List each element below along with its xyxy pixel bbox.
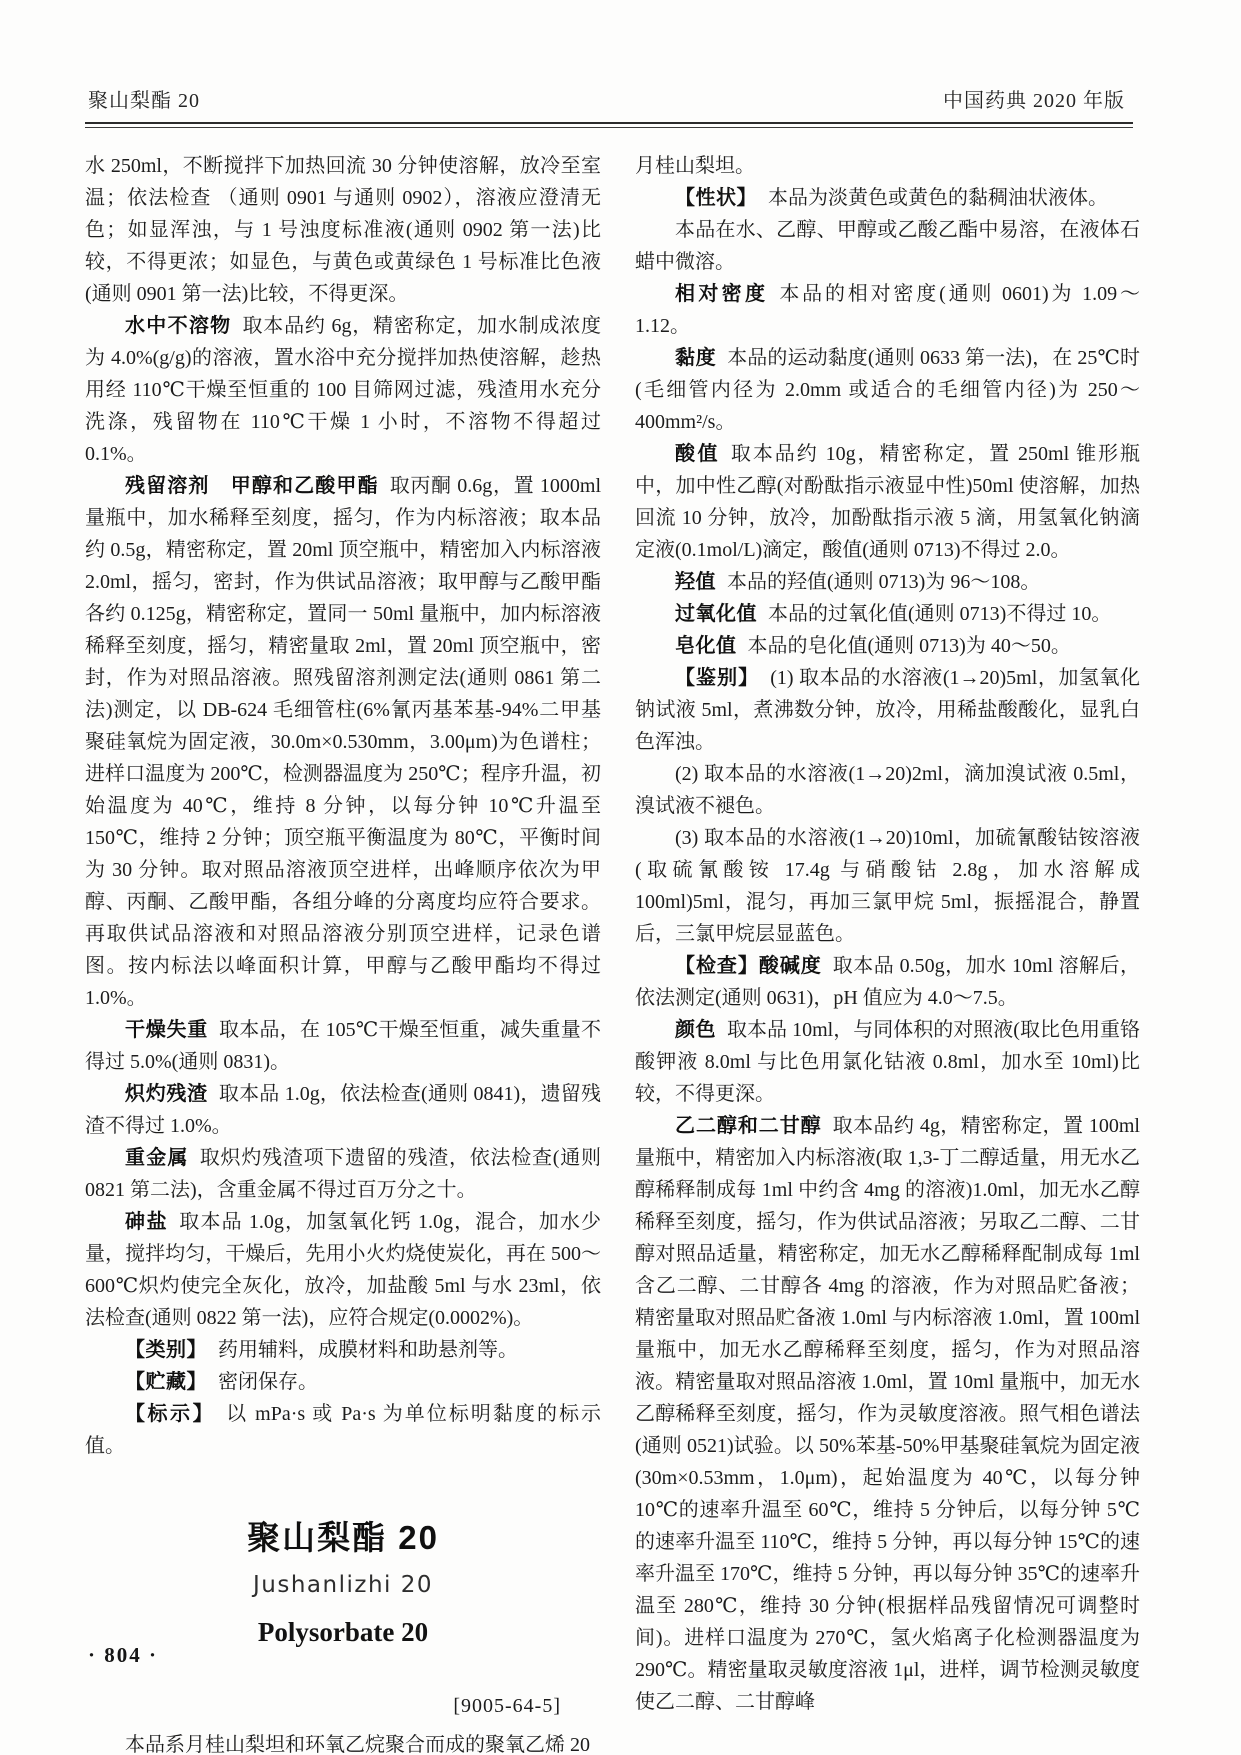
paragraph: 羟值本品的羟值(通则 0713)为 96～108。: [635, 566, 1140, 598]
paragraph-text: 药用辅料，成膜材料和助悬剂等。: [218, 1339, 518, 1361]
paragraph-text: (3) 取本品的水溶液(1→20)10ml，加硫氰酸钴铵溶液(取硫氰酸铵 17.…: [635, 827, 1140, 945]
paragraph: 重金属取炽灼残渣项下遗留的残渣，依法检查(通则 0821 第二法)，含重金属不得…: [85, 1142, 601, 1206]
section-term: 水中不溶物: [125, 315, 231, 337]
section-term: 【标示】: [125, 1403, 215, 1425]
pharmacopoeia-page: 聚山梨酯 20 中国药典 2020 年版 水 250ml，不断搅拌下加热回流 3…: [0, 0, 1241, 1755]
section-term: 【鉴别】: [675, 667, 759, 689]
paragraph: 【鉴别】(1) 取本品的水溶液(1→20)5ml，加氢氧化钠试液 5ml，煮沸数…: [635, 662, 1140, 758]
paragraph-text: 水 250ml，不断搅拌下加热回流 30 分钟使溶解，放冷至室温；依法检查 （通…: [85, 155, 601, 305]
monograph-title-cn: 聚山梨酯 20: [85, 1520, 601, 1556]
section-term: 皂化值: [675, 635, 737, 657]
section-term: 相对密度: [675, 283, 768, 305]
paragraph: 酸值取本品约 10g，精密称定，置 250ml 锥形瓶中，加中性乙醇(对酚酞指示…: [635, 438, 1140, 566]
monograph-title-en: Polysorbate 20: [85, 1616, 601, 1648]
section-term: 【类别】: [125, 1339, 207, 1361]
section-term: 炽灼残渣: [125, 1083, 208, 1105]
section-term: 干燥失重: [125, 1019, 208, 1041]
paragraph-text: 本品在水、乙醇、甲醇或乙酸乙酯中易溶，在液体石蜡中微溶。: [635, 219, 1140, 273]
paragraph-text: 密闭保存。: [218, 1371, 318, 1393]
paragraph-text: (2) 取本品的水溶液(1→20)2ml，滴加溴试液 0.5ml，溴试液不褪色。: [635, 763, 1140, 817]
section-term: 颜色: [675, 1019, 716, 1041]
section-term: 羟值: [675, 571, 716, 593]
paragraph: 炽灼残渣取本品 1.0g，依法检查(通则 0841)，遗留残渣不得过 1.0%。: [85, 1078, 601, 1142]
monograph-intro: 本品系月桂山梨坦和环氧乙烷聚合而成的聚氧乙烯 20: [85, 1729, 601, 1755]
paragraph: (2) 取本品的水溶液(1→20)2ml，滴加溴试液 0.5ml，溴试液不褪色。: [635, 758, 1140, 822]
section-term: 残留溶剂 甲醇和乙酸甲酯: [125, 475, 379, 497]
left-column: 水 250ml，不断搅拌下加热回流 30 分钟使溶解，放冷至室温；依法检查 （通…: [85, 150, 601, 1755]
paragraph: (3) 取本品的水溶液(1→20)10ml，加硫氰酸钴铵溶液(取硫氰酸铵 17.…: [635, 822, 1140, 950]
paragraph: 水 250ml，不断搅拌下加热回流 30 分钟使溶解，放冷至室温；依法检查 （通…: [85, 150, 601, 310]
right-column: 月桂山梨坦。 【性状】本品为淡黄色或黄色的黏稠油状液体。 本品在水、乙醇、甲醇或…: [635, 150, 1140, 1755]
paragraph: 本品在水、乙醇、甲醇或乙酸乙酯中易溶，在液体石蜡中微溶。: [635, 214, 1140, 278]
paragraph-text: 本品的羟值(通则 0713)为 96～108。: [727, 571, 1040, 593]
section-term: 【检查】酸碱度: [675, 955, 822, 977]
paragraph-text: 本品系月桂山梨坦和环氧乙烷聚合而成的聚氧乙烯 20: [125, 1734, 590, 1755]
monograph-title-pinyin: Jushanlizhi 20: [85, 1569, 601, 1601]
section-term: 砷盐: [125, 1211, 168, 1233]
paragraph: 【贮藏】密闭保存。: [85, 1366, 601, 1398]
section-term: 过氧化值: [675, 603, 757, 625]
section-term: 乙二醇和二甘醇: [675, 1115, 822, 1137]
paragraph: 干燥失重取本品，在 105℃干燥至恒重，减失重量不得过 5.0%(通则 0831…: [85, 1014, 601, 1078]
running-head-left: 聚山梨酯 20: [88, 84, 200, 113]
paragraph: 【检查】酸碱度取本品 0.50g，加水 10ml 溶解后，依法测定(通则 063…: [635, 950, 1140, 1014]
paragraph: 皂化值本品的皂化值(通则 0713)为 40～50。: [635, 630, 1140, 662]
paragraph-text: 取本品约 6g，精密称定，加水制成浓度为 4.0%(g/g)的溶液，置水浴中充分…: [85, 315, 601, 465]
paragraph: 过氧化值本品的过氧化值(通则 0713)不得过 10。: [635, 598, 1140, 630]
paragraph: 月桂山梨坦。: [635, 150, 1140, 182]
paragraph-text: 本品为淡黄色或黄色的黏稠油状液体。: [768, 187, 1108, 209]
paragraph: 相对密度本品的相对密度(通则 0601)为 1.09～1.12。: [635, 278, 1140, 342]
page-number: · 804 ·: [88, 1643, 158, 1668]
paragraph: 砷盐取本品 1.0g，加氢氧化钙 1.0g，混合，加水少量，搅拌均匀，干燥后，先…: [85, 1206, 601, 1334]
paragraph-text: 取本品约 4g，精密称定，置 100ml 量瓶中，精密加入内标溶液(取 1,3-…: [635, 1115, 1140, 1713]
section-term: 【性状】: [675, 187, 757, 209]
running-head: 聚山梨酯 20 中国药典 2020 年版: [0, 0, 1241, 113]
section-term: 黏度: [675, 347, 716, 369]
cas-number: [9005-64-5]: [85, 1690, 601, 1722]
paragraph-text: 本品的皂化值(通则 0713)为 40～50。: [748, 635, 1071, 657]
paragraph: 水中不溶物取本品约 6g，精密称定，加水制成浓度为 4.0%(g/g)的溶液，置…: [85, 310, 601, 470]
section-term: 重金属: [125, 1147, 189, 1169]
paragraph-text: 本品的过氧化值(通则 0713)不得过 10。: [768, 603, 1111, 625]
paragraph-text: 月桂山梨坦。: [635, 155, 755, 177]
paragraph: 【性状】本品为淡黄色或黄色的黏稠油状液体。: [635, 182, 1140, 214]
paragraph: 【类别】药用辅料，成膜材料和助悬剂等。: [85, 1334, 601, 1366]
header-rule: [85, 122, 1133, 128]
section-term: 【贮藏】: [125, 1371, 207, 1393]
paragraph-text: 取丙酮 0.6g，置 1000ml 量瓶中，加水稀释至刻度，摇匀，作为内标溶液；…: [85, 475, 601, 1009]
paragraph: 残留溶剂 甲醇和乙酸甲酯取丙酮 0.6g，置 1000ml 量瓶中，加水稀释至刻…: [85, 470, 601, 1014]
monograph-header: 聚山梨酯 20 Jushanlizhi 20 Polysorbate 20 [9…: [85, 1520, 601, 1722]
paragraph: 黏度本品的运动黏度(通则 0633 第一法)，在 25℃时(毛细管内径为 2.0…: [635, 342, 1140, 438]
running-head-right: 中国药典 2020 年版: [943, 84, 1125, 113]
paragraph: 乙二醇和二甘醇取本品约 4g，精密称定，置 100ml 量瓶中，精密加入内标溶液…: [635, 1110, 1140, 1718]
paragraph: 【标示】以 mPa·s 或 Pa·s 为单位标明黏度的标示值。: [85, 1398, 601, 1462]
section-term: 酸值: [675, 443, 720, 465]
two-column-body: 水 250ml，不断搅拌下加热回流 30 分钟使溶解，放冷至室温；依法检查 （通…: [85, 150, 1241, 1755]
paragraph: 颜色取本品 10ml，与同体积的对照液(取比色用重铬酸钾液 8.0ml 与比色用…: [635, 1014, 1140, 1110]
